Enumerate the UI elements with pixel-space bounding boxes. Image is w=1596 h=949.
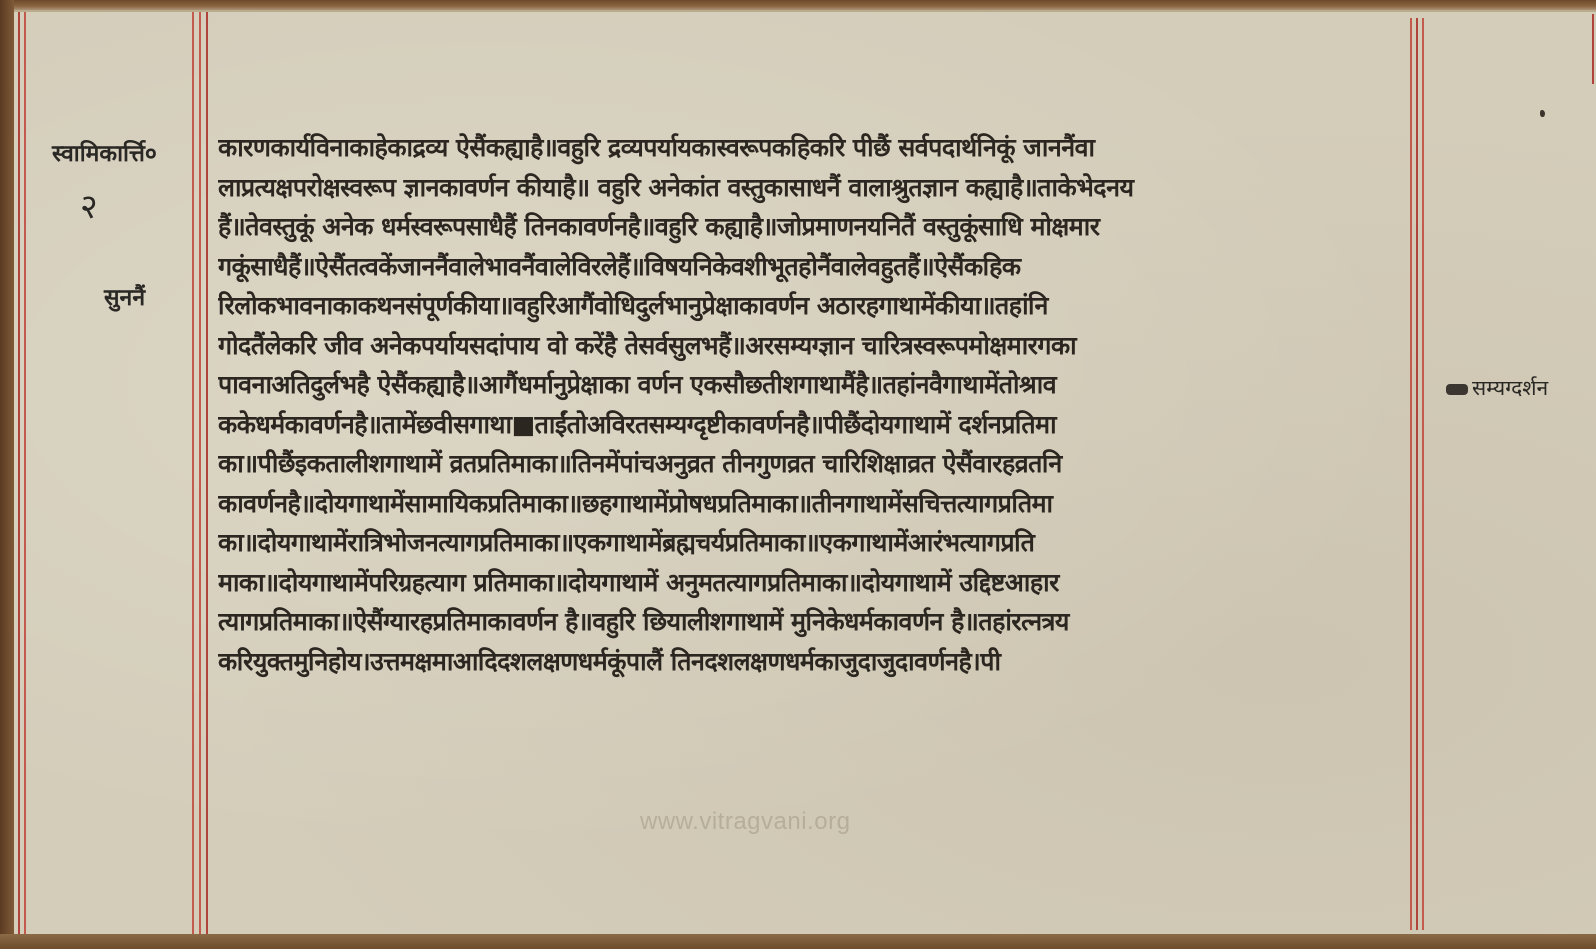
margin-note-left: सुननैं (104, 280, 145, 312)
text-line: का॥दोयगाथामेंरात्रिभोजनत्यागप्रतिमाका॥एक… (218, 523, 1398, 563)
margin-note-right-text: सम्यग्दर्शन (1472, 376, 1548, 400)
margin-title: स्वामिकार्त्ति० (52, 136, 157, 168)
text-line: माका॥दोयगाथामेंपरिग्रहत्याग प्रतिमाका॥दो… (218, 563, 1398, 603)
left-border-rule (18, 12, 20, 934)
text-line: कावर्णनहै॥दोयगाथामेंसामायिकप्रतिमाका॥छहग… (218, 484, 1398, 524)
ink-speck (1540, 110, 1545, 117)
left-border-rule-inner (24, 12, 26, 934)
text-border-rule-2 (199, 12, 201, 934)
text-line: रिलोकभावनाकाकथनसंपूर्णकीया॥वहुरिआगैंवोधि… (218, 286, 1398, 326)
manuscript-text: कारणकार्यविनाकाहेकाद्रव्य ऐसैंकह्याहै॥वह… (218, 128, 1398, 681)
text-border-rule-3 (206, 12, 208, 934)
ink-blot-icon (1446, 384, 1468, 395)
folio-number: २ (80, 182, 98, 228)
right-text-border-rule-3 (1422, 18, 1424, 930)
text-line: करियुक्तमुनिहोय।उत्तमक्षमाआदिदशलक्षणधर्म… (218, 642, 1398, 682)
margin-note-right: सम्यग्दर्शन (1446, 374, 1548, 402)
text-line: हैं॥तेवस्तुकूं अनेक धर्मस्वरूपसाधैहैं ति… (218, 207, 1398, 247)
text-line: पावनाअतिदुर्लभहै ऐसैंकह्याहै॥आगैंधर्मानु… (218, 365, 1398, 405)
text-line: लाप्रत्यक्षपरोक्षस्वरूप ज्ञानकावर्णन कीय… (218, 168, 1398, 208)
text-line: का॥पीछैंइकतालीशगाथामें व्रतप्रतिमाका॥तिन… (218, 444, 1398, 484)
right-text-border-rule-2 (1416, 18, 1418, 930)
watermark: www.vitragvani.org (640, 808, 850, 836)
text-line: गोदतैंलेकरि जीव अनेकपर्यायसदांपाय वो करे… (218, 326, 1398, 366)
text-line: गकूंसाधैहैं॥ऐसैंतत्वकेंजाननैंवालेभावनैंव… (218, 247, 1398, 287)
text-border-rule-1 (192, 12, 194, 934)
text-line: त्यागप्रतिमाका॥ऐसैंग्यारहप्रतिमाकावर्णन … (218, 602, 1398, 642)
right-edge-rule (1592, 14, 1594, 84)
wooden-edge-bottom (0, 934, 1596, 949)
text-line: ककेधर्मकावर्णनहै॥तामेंछवीसगाथा■ताईंतोअवि… (218, 405, 1398, 445)
wooden-edge-left (0, 0, 14, 949)
right-text-border-rule-1 (1410, 18, 1412, 930)
manuscript-photo: स्वामिकार्त्ति० २ सुननैं सम्यग्दर्शन कार… (0, 0, 1596, 949)
text-line: कारणकार्यविनाकाहेकाद्रव्य ऐसैंकह्याहै॥वह… (218, 128, 1398, 168)
